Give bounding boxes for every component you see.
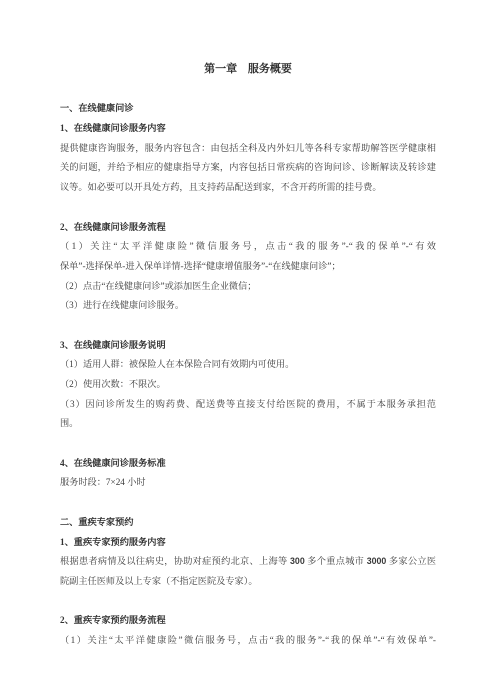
paragraph-line: （1）关注“太平洋健康险”微信服务号，点击“我的服务”-“我的保单”-“有效 [60, 237, 436, 257]
section-1-sub-1-heading: 1、在线健康问诊服务内容 [60, 119, 436, 139]
section-1-sub-4-heading: 4、在线健康问诊服务标准 [60, 454, 436, 474]
paragraph-line: 根据患者病情及以往病史，协助对症预约北京、上海等 300 多个重点城市 3000… [60, 552, 436, 572]
paragraph-line: 提供健康咨询服务，服务内容包含：由包括全科及内外妇儿等各科专家帮助解答医学健康相 [60, 139, 436, 159]
paragraph-text: 多家公立医 [386, 556, 436, 566]
document-content: 第一章 服务概要 一、在线健康问诊 1、在线健康问诊服务内容 提供健康咨询服务，… [60, 60, 436, 651]
hospital-count-number: 3000 [367, 556, 387, 566]
paragraph-line: （3）因问诊所发生的购药费、配送费等直接支付给医院的费用，不属于本服务承担范 [60, 395, 436, 415]
section-1-sub-2-heading: 2、在线健康问诊服务流程 [60, 218, 436, 238]
paragraph-line: （3）进行在线健康问诊服务。 [60, 296, 436, 316]
service-hours-line: 服务时段：7×24 小时 [60, 473, 436, 493]
section-2-sub-2-heading: 2、重疾专家预约服务流程 [60, 611, 436, 631]
blank-line [60, 198, 436, 218]
section-2-heading: 二、重疾专家预约 [60, 513, 436, 533]
blank-line [60, 80, 436, 100]
paragraph-line: 院副主任医师及以上专家（不指定医院及专家）。 [60, 572, 436, 592]
section-1-sub-3-heading: 3、在线健康问诊服务说明 [60, 336, 436, 356]
blank-line [60, 493, 436, 513]
blank-line [60, 592, 436, 612]
paragraph-line: （1）关注“太平洋健康险”微信服务号，点击“我的服务”-“我的保单”-“有效保单… [60, 631, 436, 651]
paragraph-line: 议等。如必要可以开具处方药，且支持药品配送到家，不含开药所需的挂号费。 [60, 178, 436, 198]
blank-line [60, 316, 436, 336]
paragraph-line: （1）适用人群：被保险人在本保险合同有效期内可使用。 [60, 355, 436, 375]
blank-line [60, 434, 436, 454]
paragraph-line: 围。 [60, 414, 436, 434]
paragraph-text: 多个重点城市 [305, 556, 367, 566]
chapter-title: 第一章 服务概要 [60, 60, 436, 80]
paragraph-text: 根据患者病情及以往病史，协助对症预约北京、上海等 [60, 556, 290, 566]
paragraph-line: 关的问题，并给予相应的健康指导方案，内容包括日常疾病的咨询问诊、诊断解读及转诊建 [60, 158, 436, 178]
document-page: 第一章 服务概要 一、在线健康问诊 1、在线健康问诊服务内容 提供健康咨询服务，… [0, 0, 495, 700]
city-count-number: 300 [290, 556, 305, 566]
section-1-heading: 一、在线健康问诊 [60, 99, 436, 119]
paragraph-line: （2）使用次数：不限次。 [60, 375, 436, 395]
paragraph-line: （2）点击“在线健康问诊”或添加医生企业微信； [60, 277, 436, 297]
paragraph-line: 保单”-选择保单-进入保单详情-选择“健康增值服务”-“在线健康问诊”； [60, 257, 436, 277]
section-2-sub-1-heading: 1、重疾专家预约服务内容 [60, 533, 436, 553]
